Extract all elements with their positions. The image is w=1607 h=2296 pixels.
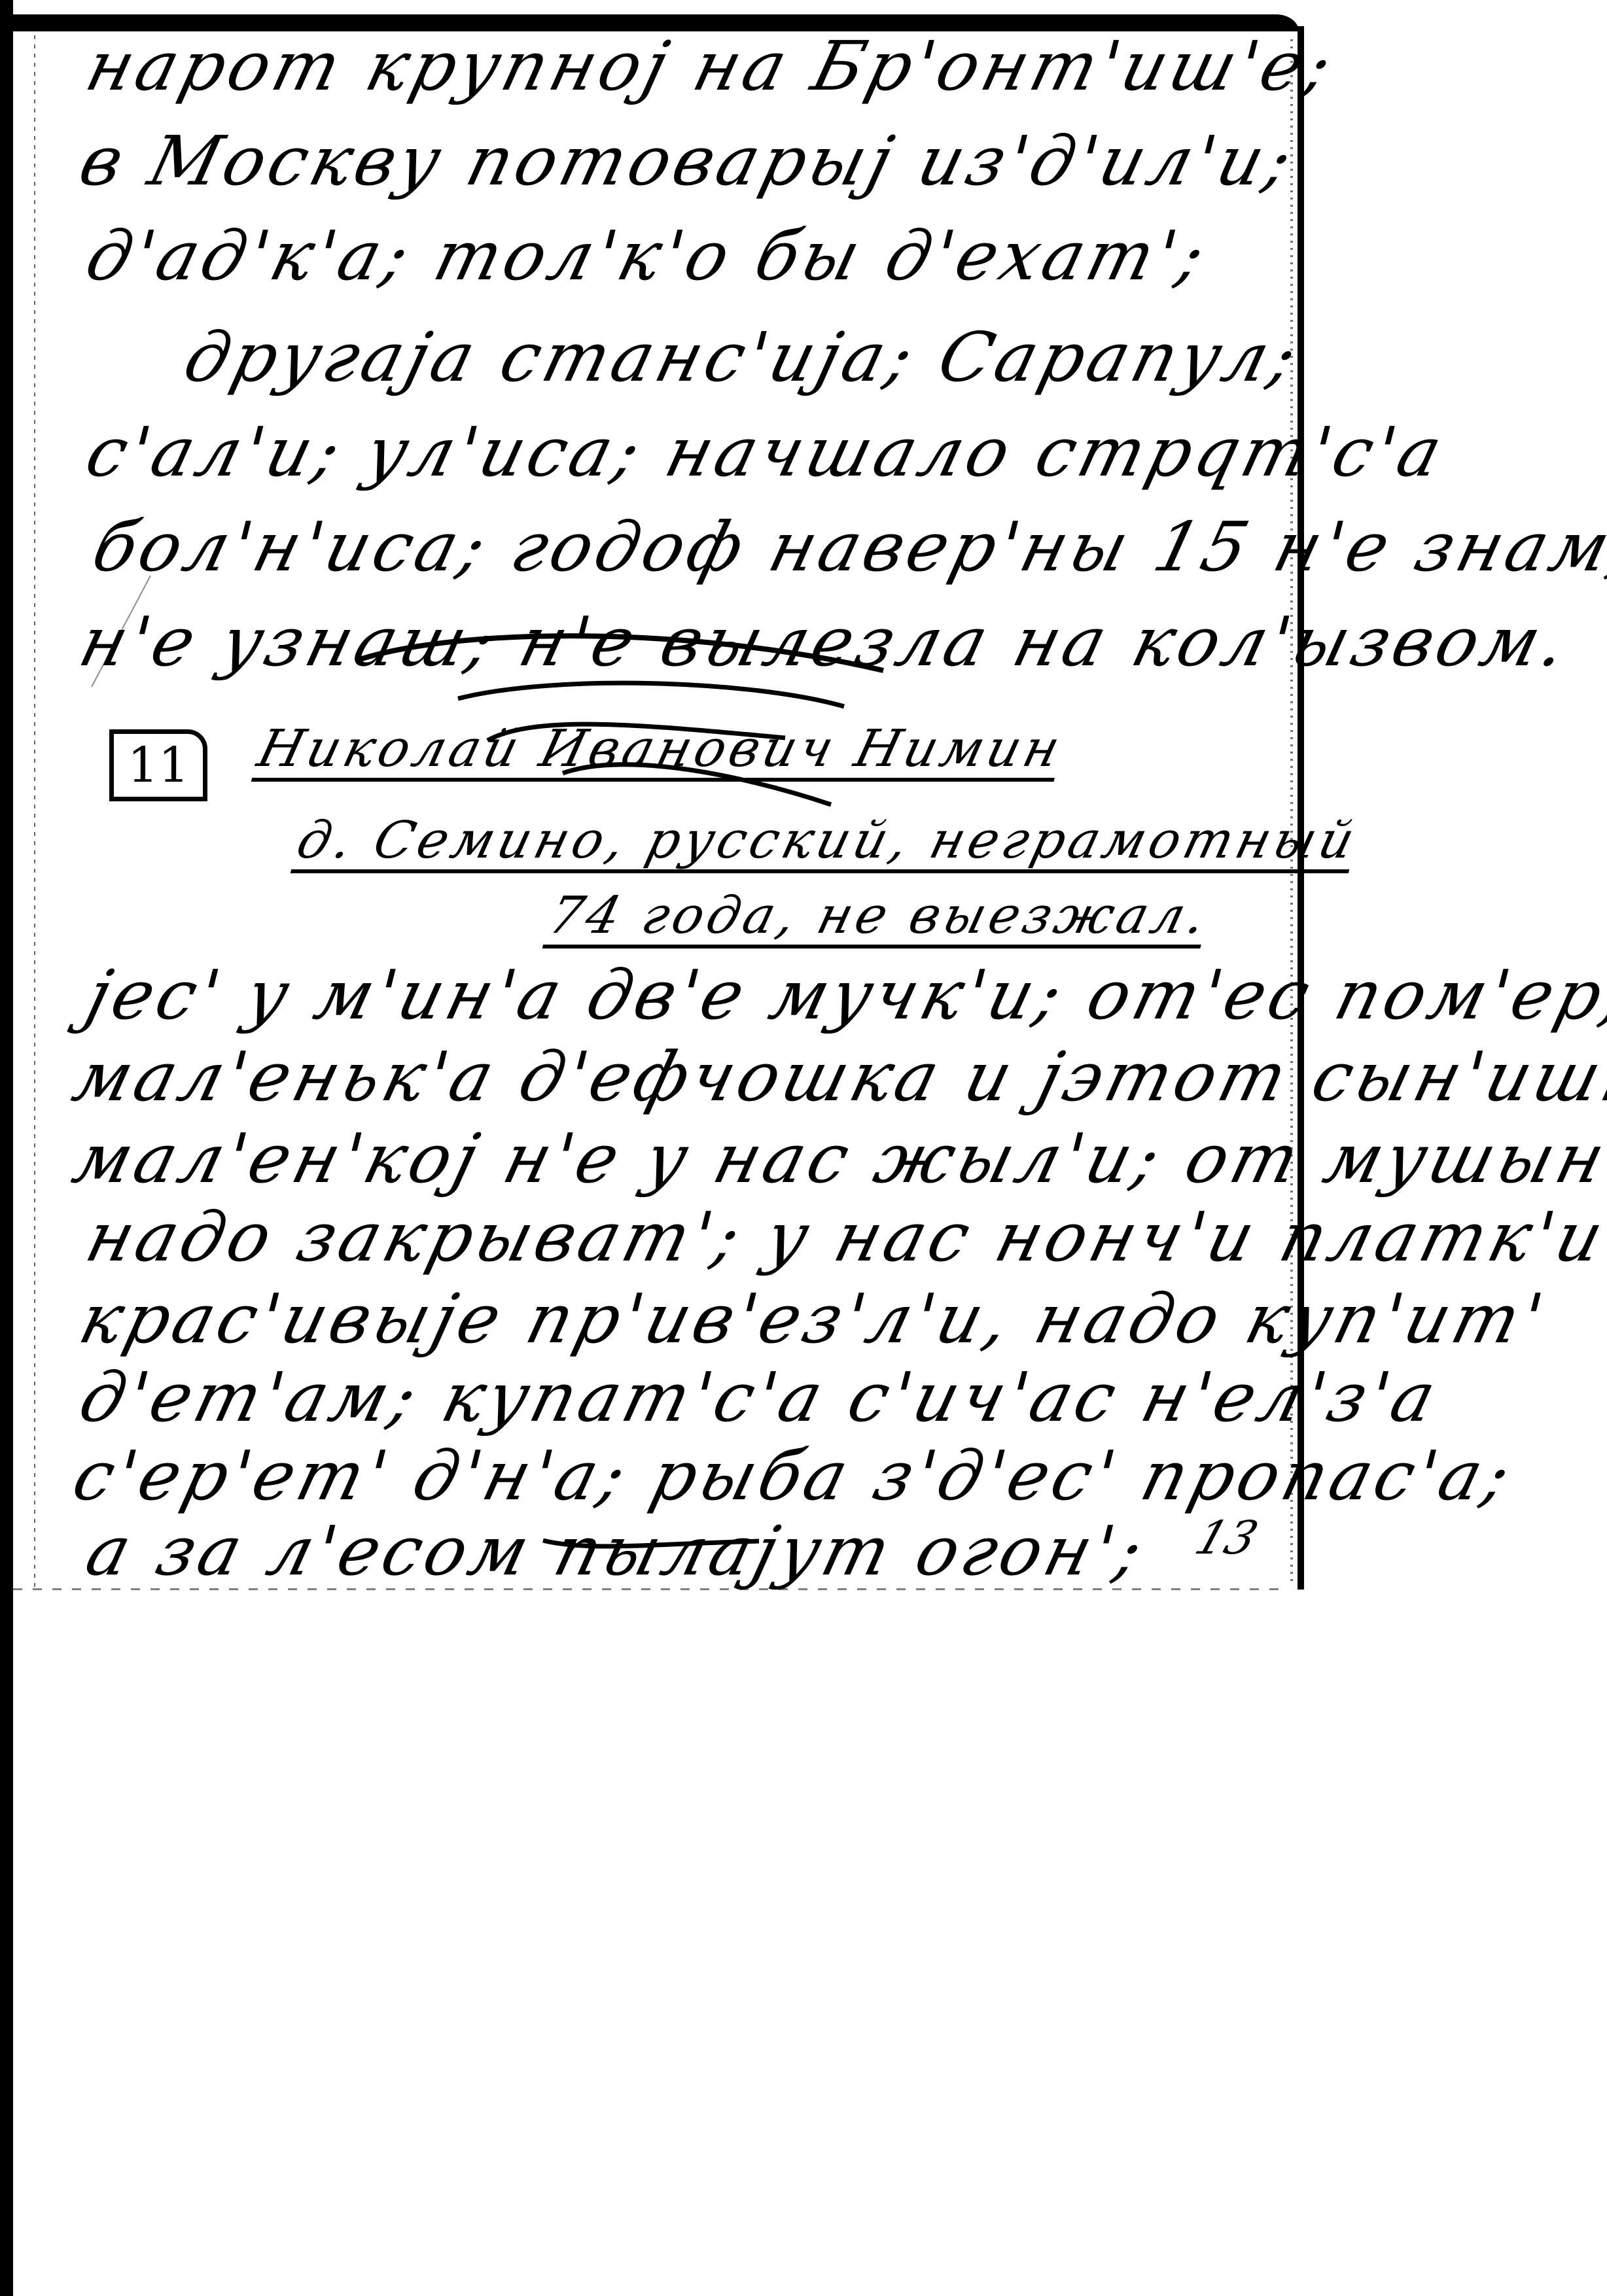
section-number-box: 11: [109, 729, 207, 801]
scanned-page: нарот крупној на Бр'онт'иш'е; в Москву п…: [0, 0, 1607, 2296]
text-line: а за л'есом пылајут огон';: [79, 1511, 1154, 1591]
text-line: надо закрыват'; у нас нонч'и платк'и: [79, 1197, 1607, 1277]
speaker-info-line2: 74 года, не выезжал.: [543, 886, 1216, 945]
text-line: мал'ен'кој н'е у нас жыл'и; от мушын: [65, 1119, 1607, 1198]
text-line: д'ет'ам; купат'с'а с'ич'ас н'ел'з'а: [72, 1357, 1447, 1437]
speaker-info-line1: д. Семино, русский, неграмотный: [291, 811, 1364, 870]
text-line: с'ер'ет' д'н'а; рыба з'д'ес' пропас'а;: [65, 1436, 1522, 1516]
text-line: мал'еньк'а д'ефчошка и јэтот сын'ишка: [65, 1037, 1607, 1117]
text-line: крас'ивыје пр'ив'ез'л'и, надо куп'ит': [72, 1279, 1555, 1359]
speaker-name: Николай Иванович Нимин: [252, 720, 1069, 778]
text-line: јес' у м'ин'а дв'е мучк'и; от'ес пом'ер;: [79, 955, 1607, 1035]
